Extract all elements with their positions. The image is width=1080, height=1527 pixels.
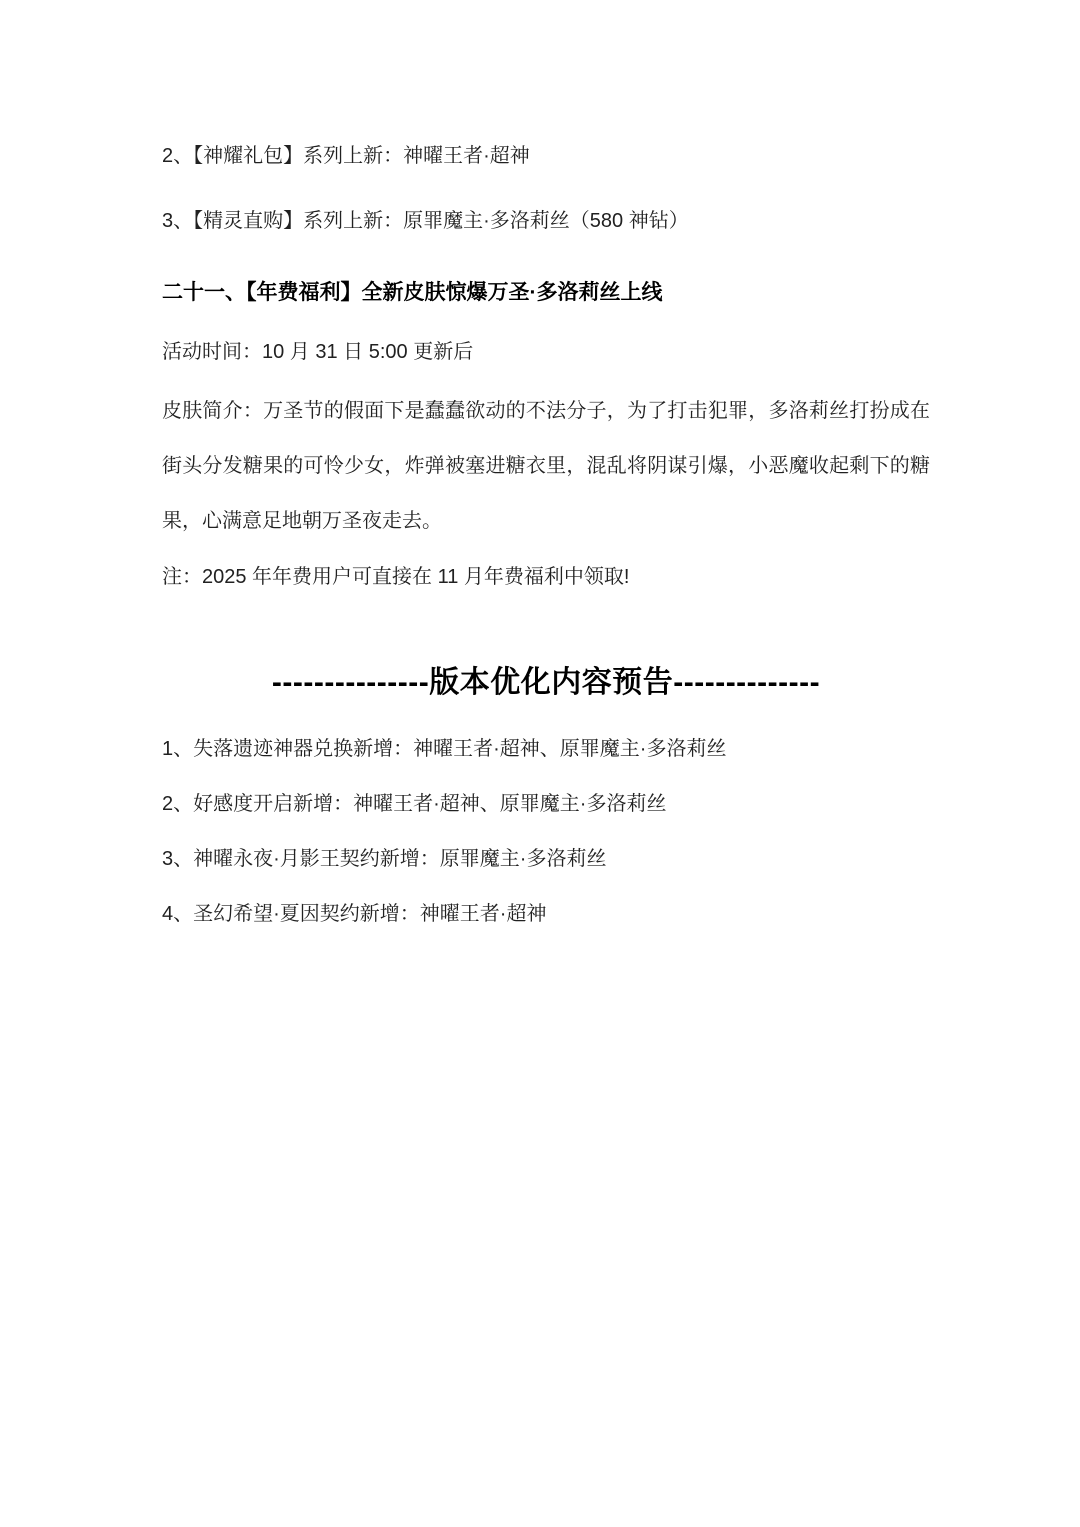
preview-item-3: 3、神曜永夜·月影王契约新增：原罪魔主·多洛莉丝 (162, 845, 930, 873)
skin-intro-paragraph: 皮肤简介：万圣节的假面下是蠢蠢欲动的不法分子，为了打击犯罪，多洛莉丝打扮成在街头… (162, 384, 930, 549)
preview-item-1: 1、失落遗迹神器兑换新增：神曜王者·超神、原罪魔主·多洛莉丝 (162, 735, 930, 763)
version-preview-heading: ---------------版本优化内容预告-------------- (162, 663, 930, 703)
note-line: 注：2025 年年费用户可直接在 11 月年费福利中领取! (162, 563, 930, 591)
top-list-item-2: 2、【神耀礼包】系列上新：神曜王者·超神 (162, 142, 930, 170)
document-page: 2、【神耀礼包】系列上新：神曜王者·超神 3、【精灵直购】系列上新：原罪魔主·多… (0, 0, 1080, 1527)
section-heading: 二十一、【年费福利】全新皮肤惊爆万圣·多洛莉丝上线 (162, 278, 930, 308)
preview-item-4: 4、圣幻希望·夏因契约新增：神曜王者·超神 (162, 900, 930, 928)
top-list-item-3: 3、【精灵直购】系列上新：原罪魔主·多洛莉丝（580 神钻） (162, 207, 930, 235)
preview-item-2: 2、好感度开启新增：神曜王者·超神、原罪魔主·多洛莉丝 (162, 790, 930, 818)
preview-list: 1、失落遗迹神器兑换新增：神曜王者·超神、原罪魔主·多洛莉丝 2、好感度开启新增… (162, 735, 930, 928)
event-time-line: 活动时间：10 月 31 日 5:00 更新后 (162, 338, 930, 366)
